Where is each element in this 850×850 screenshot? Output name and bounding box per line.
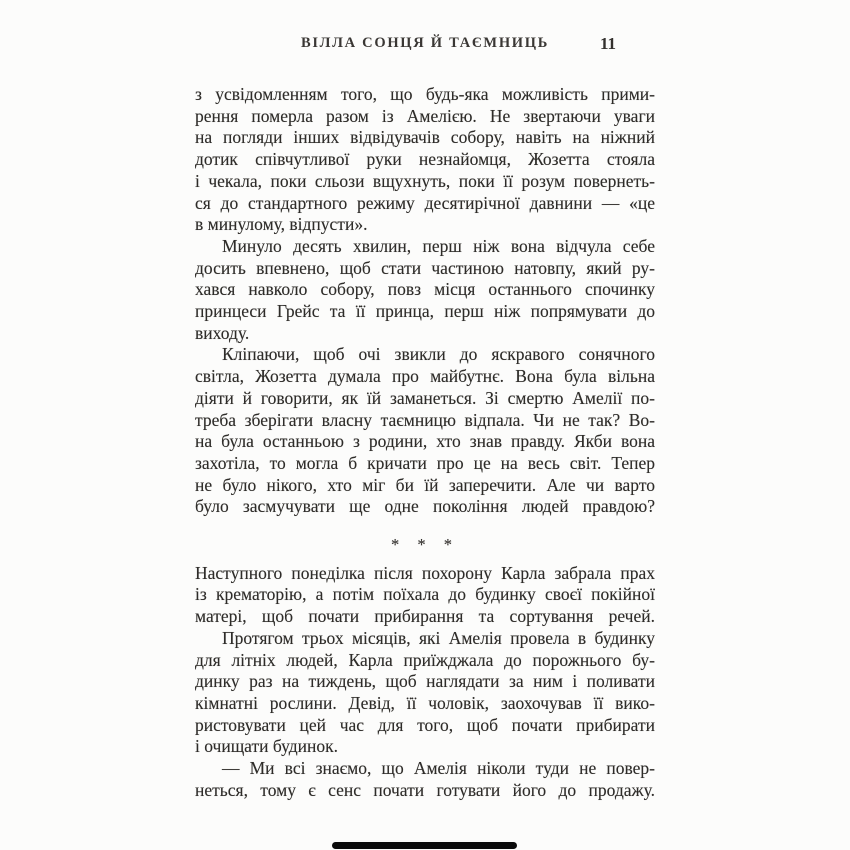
home-indicator-bar[interactable] xyxy=(332,842,517,849)
text-line: треба зберігати власну таємницю відпала.… xyxy=(195,410,655,432)
text-line: було засмучувати ще одне покоління людей… xyxy=(195,496,655,518)
text-line: динку раз на тиждень, щоб наглядати за н… xyxy=(195,671,655,693)
text-line: рення померла разом із Амелією. Не зверт… xyxy=(195,106,655,128)
text-line: для літніх людей, Карла приїжджала до по… xyxy=(195,650,655,672)
text-line: з усвідомленням того, що будь-яка можлив… xyxy=(195,84,655,106)
running-header-title: ВІЛЛА СОНЦЯ Й ТАЄМНИЦЬ xyxy=(195,35,655,52)
text-line: і чекала, поки сльози вщухнуть, поки її … xyxy=(195,171,655,193)
text-line: Минуло десять хвилин, перш ніж вона відч… xyxy=(195,236,655,258)
book-page: ВІЛЛА СОНЦЯ Й ТАЄМНИЦЬ 11 з усвідомлення… xyxy=(0,0,850,850)
text-line: неться, тому є сенс почати готувати його… xyxy=(195,780,655,802)
text-line: на була останньою з родини, хто знав пра… xyxy=(195,431,655,453)
page-header: ВІЛЛА СОНЦЯ Й ТАЄМНИЦЬ 11 xyxy=(195,35,655,59)
text-line: Протягом трьох місяців, які Амелія прове… xyxy=(195,628,655,650)
paragraph: Минуло десять хвилин, перш ніж вона відч… xyxy=(195,236,655,345)
page-number: 11 xyxy=(600,34,616,54)
text-line: захотіла, то могла б кричати про це на в… xyxy=(195,453,655,475)
text-line: Кліпаючи, щоб очі звикли до яскравого со… xyxy=(195,344,655,366)
paragraph: з усвідомленням того, що будь-яка можлив… xyxy=(195,84,655,236)
text-line: дотик співчутливої руки незнайомця, Жозе… xyxy=(195,149,655,171)
paragraph: Протягом трьох місяців, які Амелія прове… xyxy=(195,628,655,758)
text-block: з усвідомленням того, що будь-яка можлив… xyxy=(195,84,655,802)
text-line: досить впевнено, щоб стати частиною нато… xyxy=(195,258,655,280)
text-line: — Ми всі знаємо, що Амелія ніколи туди н… xyxy=(195,758,655,780)
text-line: і очищати будинок. xyxy=(195,736,655,758)
text-line: світла, Жозетта думала про майбутнє. Вон… xyxy=(195,366,655,388)
paragraph: — Ми всі знаємо, що Амелія ніколи туди н… xyxy=(195,758,655,801)
text-line: принцеси Грейс та її принца, перш ніж по… xyxy=(195,301,655,323)
text-line: виходу. xyxy=(195,323,655,345)
text-line: не було нікого, хто міг би їй заперечити… xyxy=(195,475,655,497)
paragraph: Наступного понеділка після похорону Карл… xyxy=(195,563,655,628)
text-line: в минулому, відпусти». xyxy=(195,214,655,236)
text-line: ристовувати цей час для того, щоб почати… xyxy=(195,715,655,737)
text-line: із крематорію, а потім поїхала до будинк… xyxy=(195,584,655,606)
text-line: діяти й говорити, як їй заманеться. Зі с… xyxy=(195,388,655,410)
text-line: на погляди інших відвідувачів собору, на… xyxy=(195,127,655,149)
text-line: хався навколо собору, повз місця останнь… xyxy=(195,279,655,301)
text-line: Наступного понеділка після похорону Карл… xyxy=(195,563,655,585)
section-separator: * * * xyxy=(195,534,655,556)
paragraph: Кліпаючи, щоб очі звикли до яскравого со… xyxy=(195,344,655,518)
text-line: кімнатні рослини. Девід, її чоловік, зао… xyxy=(195,693,655,715)
text-line: матері, щоб почати прибирання та сортува… xyxy=(195,606,655,628)
text-line: ся до стандартного режиму десятирічної д… xyxy=(195,193,655,215)
